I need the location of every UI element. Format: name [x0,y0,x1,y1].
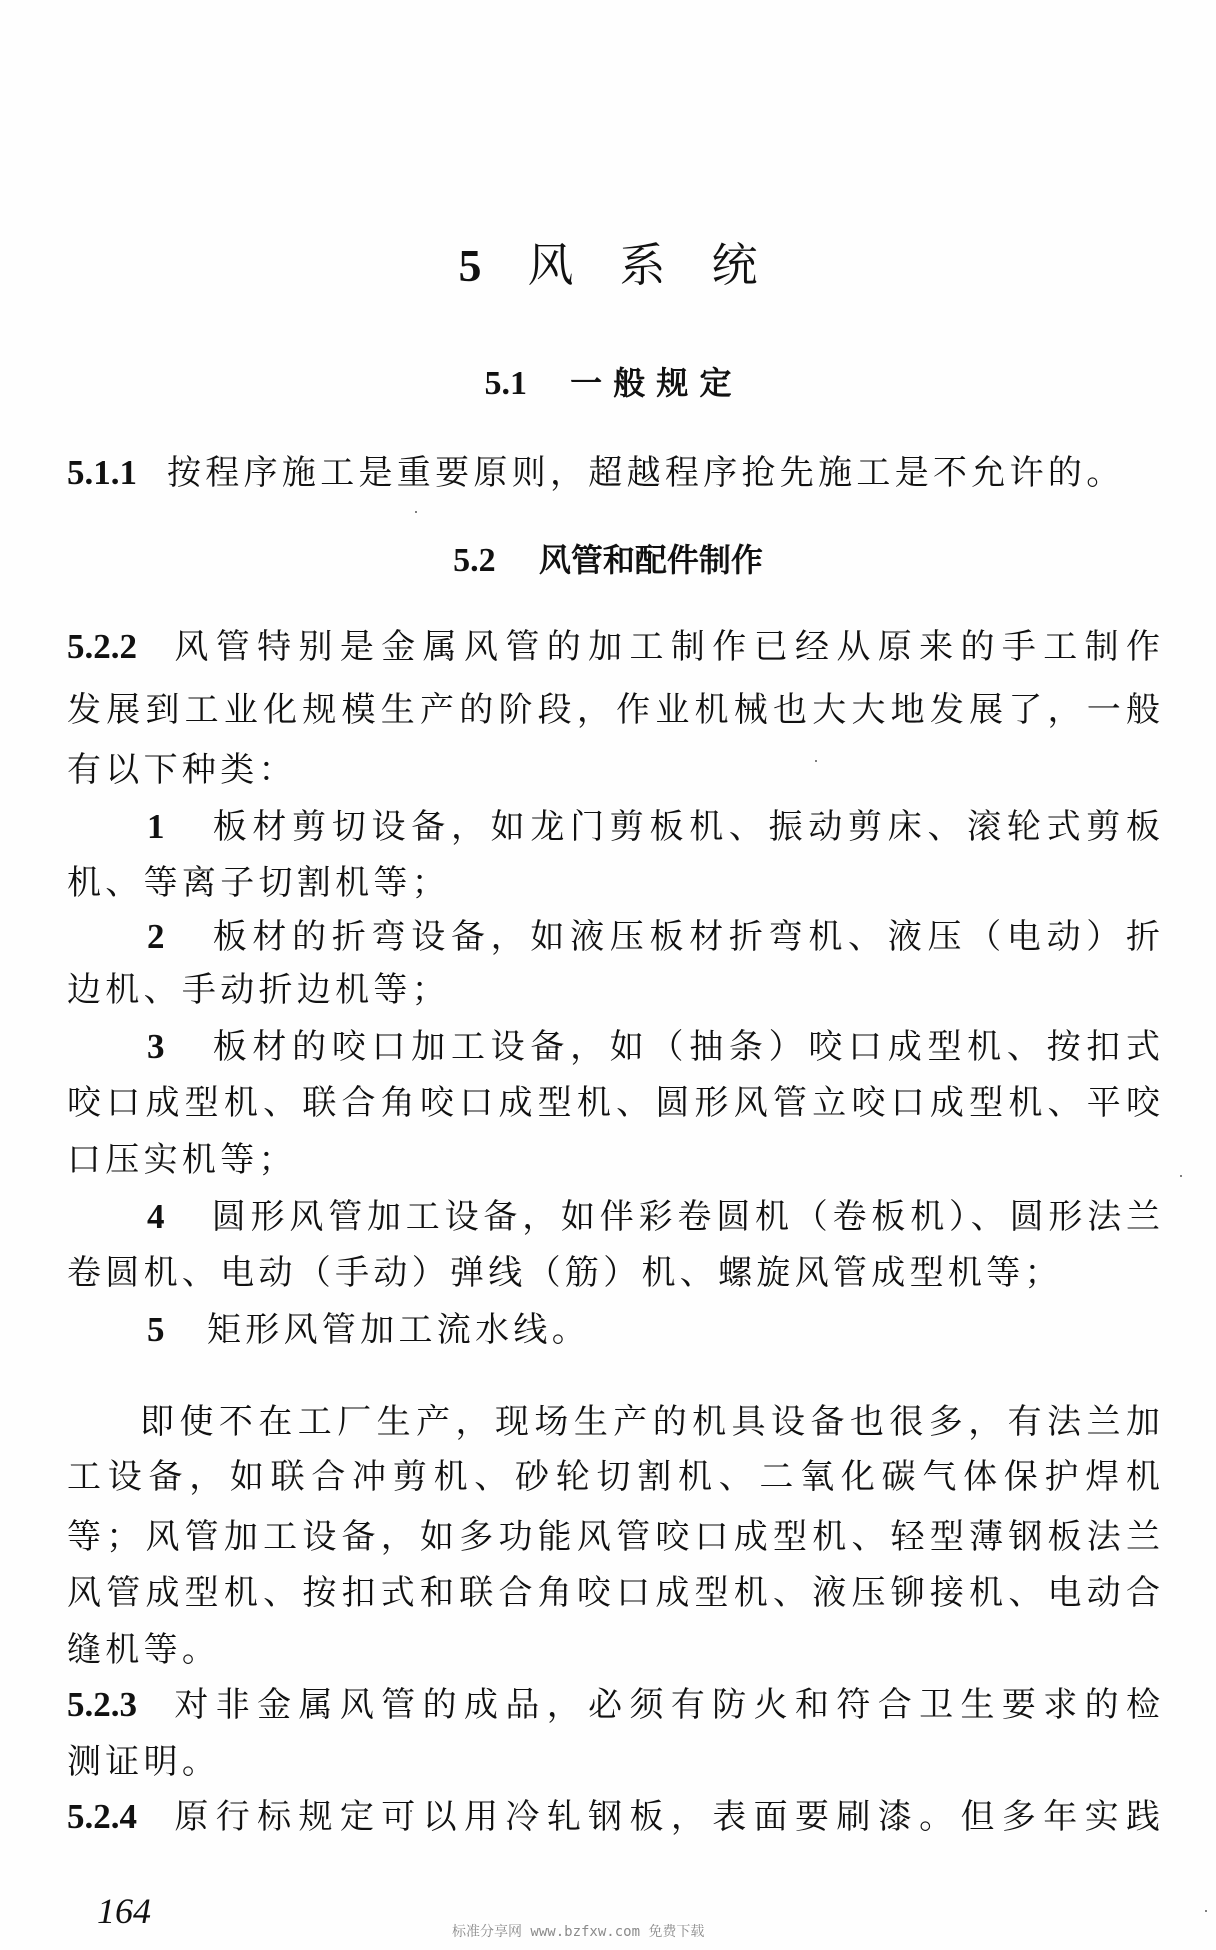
clause-number: 5.2.3 [67,1685,137,1724]
list-item-3-continuation-1: 咬口成型机、联合角咬口成型机、圆形风管立咬口成型机、平咬 [67,1078,1160,1128]
item-text: 板材剪切设备，如龙门剪板机、振动剪床、滚轮式剪板 [207,807,1160,847]
scan-speck [410,1810,412,1812]
clause-text: 对非金属风管的成品，必须有防火和符合卫生要求的检 [167,1685,1160,1725]
item-number: 2 [147,912,207,962]
item-text: 板材的折弯设备，如液压板材折弯机、液压（电动）折 [207,917,1160,957]
paragraph-line-5: 缝机等。 [67,1625,1167,1675]
section-title: 风管和配件制作 [539,541,763,579]
clause-number: 5.2.4 [67,1797,137,1836]
clause-5-2-2-line-2: 发展到工业化规模生产的阶段，作业机械也大大地发展了，一般 [67,685,1160,735]
list-item-3: 3板材的咬口加工设备，如（抽条）咬口成型机、按扣式 [147,1022,1160,1072]
paragraph-line-2: 工设备，如联合冲剪机、砂轮切割机、二氧化碳气体保护焊机 [67,1452,1160,1502]
section-title: 一 般 规 定 [570,364,731,402]
list-item-3-continuation-2: 口压实机等； [67,1135,1167,1185]
scan-speck [1205,1910,1207,1912]
document-page: 5 风 系 统 5.1 一 般 规 定 5.1.1按程序施工是重要原则，超越程序… [0,0,1216,1950]
list-item-2: 2板材的折弯设备，如液压板材折弯机、液压（电动）折 [147,912,1160,962]
scan-speck [415,511,417,513]
list-item-1: 1板材剪切设备，如龙门剪板机、振动剪床、滚轮式剪板 [147,802,1160,852]
section-number: 5.2 [453,542,496,579]
item-text: 板材的咬口加工设备，如（抽条）咬口成型机、按扣式 [207,1027,1160,1067]
scan-speck [815,760,817,762]
item-text: 圆形风管加工设备，如伴彩卷圆机（卷板机）、圆形法兰 [207,1197,1160,1237]
clause-text: 原行标规定可以用冷轧钢板，表面要刷漆。但多年实践 [167,1797,1160,1837]
section-number: 5.1 [484,365,527,402]
item-number: 5 [147,1305,207,1355]
watermark-text: 标准分享网 www.bzfxw.com 免费下载 [452,1922,704,1942]
list-item-2-continuation: 边机、手动折边机等； [67,965,1167,1015]
scan-speck [1180,1175,1182,1177]
clause-5-2-4-line-1: 5.2.4原行标规定可以用冷轧钢板，表面要刷漆。但多年实践 [67,1792,1160,1842]
clause-5-2-3-line-2: 测证明。 [67,1737,1167,1787]
list-item-1-continuation: 机、等离子切割机等； [67,858,1167,908]
clause-5-2-2-line-1: 5.2.2风管特别是金属风管的加工制作已经从原来的手工制作 [67,622,1160,672]
paragraph-line-1: 即使不在工厂生产，现场生产的机具设备也很多，有法兰加 [140,1397,1160,1447]
clause-5-1-1: 5.1.1按程序施工是重要原则，超越程序抢先施工是不允许的。 [67,448,1167,498]
clause-number: 5.1.1 [67,453,137,492]
page-number: 164 [97,1893,151,1929]
list-item-4: 4圆形风管加工设备，如伴彩卷圆机（卷板机）、圆形法兰 [147,1192,1160,1242]
item-number: 1 [147,802,207,852]
clause-5-2-3-line-1: 5.2.3对非金属风管的成品，必须有防火和符合卫生要求的检 [67,1680,1160,1730]
list-item-5: 5矩形风管加工流水线。 [147,1305,1216,1355]
clause-text: 风管特别是金属风管的加工制作已经从原来的手工制作 [167,627,1160,667]
clause-text: 按程序施工是重要原则，超越程序抢先施工是不允许的。 [167,453,1125,493]
clause-5-2-2-line-3: 有以下种类： [67,745,1167,795]
paragraph-line-4: 风管成型机、按扣式和联合角咬口成型机、液压铆接机、电动合 [67,1568,1160,1618]
clause-number: 5.2.2 [67,627,137,666]
item-text: 矩形风管加工流水线。 [207,1310,590,1350]
list-item-4-continuation: 卷圆机、电动（手动）弹线（筋）机、螺旋风管成型机等； [67,1248,1167,1298]
paragraph-line-3: 等；风管加工设备，如多功能风管咬口成型机、轻型薄钢板法兰 [67,1512,1160,1562]
chapter-title-text: 风 系 统 [528,238,758,292]
chapter-title: 5 风 系 统 [0,240,1216,291]
item-number: 3 [147,1022,207,1072]
chapter-number: 5 [459,240,482,291]
section-heading-5-1: 5.1 一 般 规 定 [0,363,1216,404]
item-number: 4 [147,1192,207,1242]
section-heading-5-2: 5.2 风管和配件制作 [0,540,1216,581]
